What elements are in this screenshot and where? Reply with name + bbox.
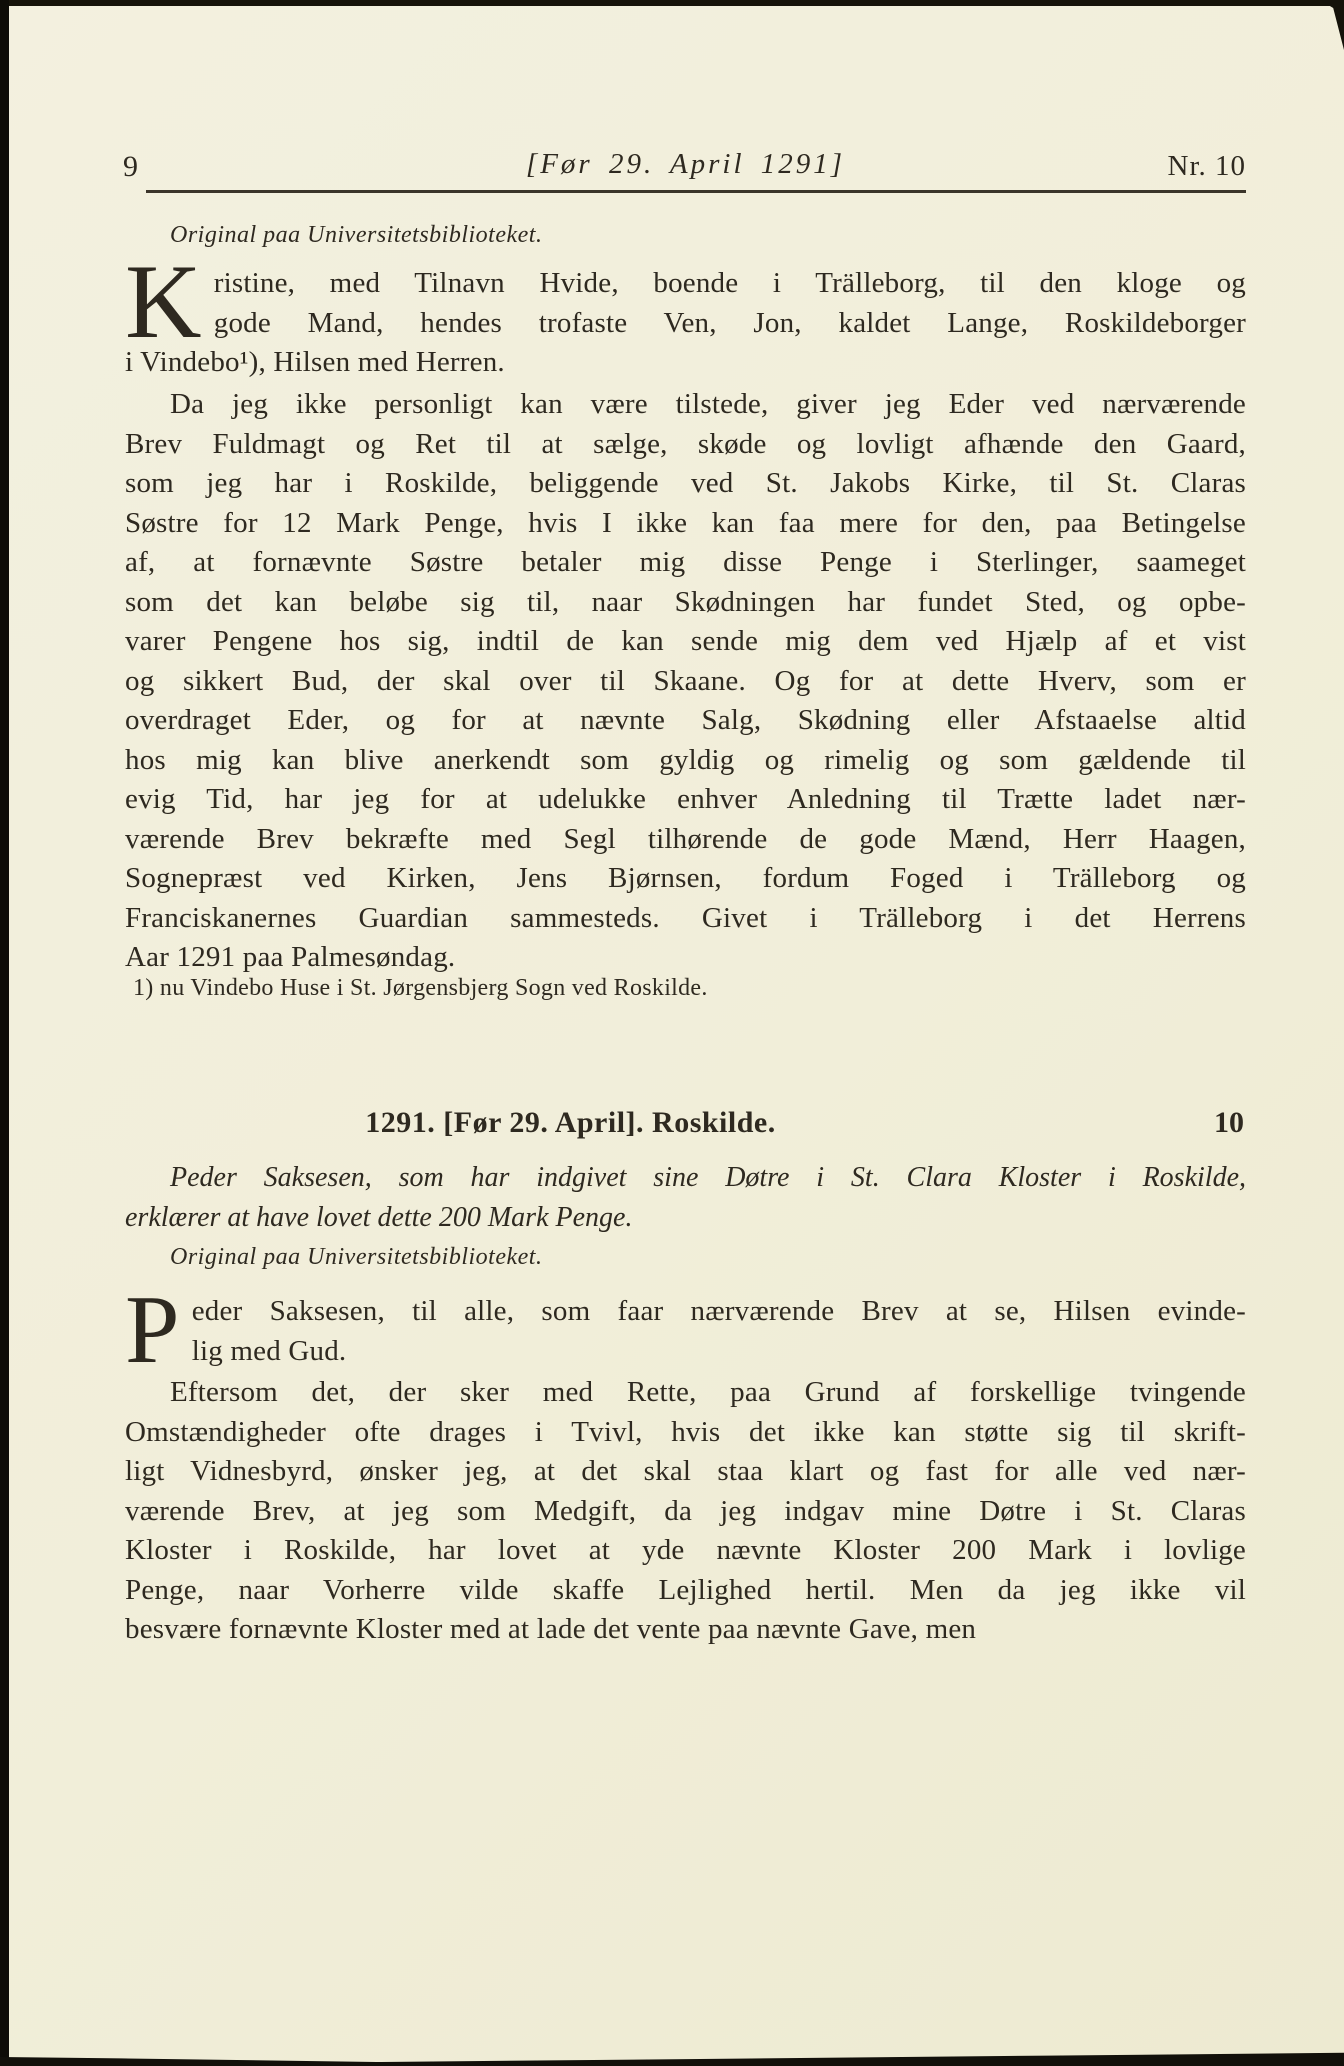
text-line: besvære fornævnte Kloster med at lade de… [125, 1610, 1246, 1650]
text-line: i Vindebo¹), Hilsen med Herren. [125, 343, 1246, 383]
text-line: Franciskanernes Guardian sammesteds. Giv… [125, 899, 1246, 939]
text-line: lig med Gud. [125, 1332, 1246, 1372]
entry2-heading-row: 1291. [Før 29. April]. Roskilde. 10 [125, 1106, 1246, 1140]
entry1-body-paragraph: Da jeg ikke personligt kan være tilstede… [125, 385, 1246, 978]
scan-edge-left [0, 0, 9, 2066]
scan-corner-top-right [1320, 0, 1344, 50]
text-line: som det kan beløbe sig til, naar Skødnin… [125, 583, 1246, 623]
drop-cap-p: P [125, 1294, 180, 1366]
text-line: og sikkert Bud, der skal over til Skaane… [125, 662, 1246, 702]
text-line: værende Brev bekræfte med Segl tilhørend… [125, 820, 1246, 860]
text-line: Omstændigheder ofte drages i Tvivl, hvis… [125, 1413, 1246, 1453]
text-line: hos mig kan blive anerkendt som gyldig o… [125, 741, 1246, 781]
header-issue-number: Nr. 10 [1168, 150, 1247, 183]
entry2-heading: 1291. [Før 29. April]. Roskilde. [125, 1106, 1246, 1140]
text-line: ligt Vidnesbyrd, ønsker jeg, at det skal… [125, 1452, 1246, 1492]
footnote: 1) nu Vindebo Huse i St. Jørgensbjerg So… [133, 975, 708, 1002]
scan-edge-top [0, 0, 1344, 6]
text-line: gode Mand, hendes trofaste Ven, Jon, kal… [125, 304, 1246, 344]
text-line: Eftersom det, der sker med Rette, paa Gr… [125, 1373, 1246, 1413]
text-line: Penge, naar Vorherre vilde skaffe Lejlig… [125, 1571, 1246, 1611]
text-line: værende Brev, at jeg som Medgift, da jeg… [125, 1492, 1246, 1532]
entry2-summary: Peder Saksesen, som har indgivet sine Dø… [125, 1158, 1246, 1238]
text-line: Peder Saksesen, som har indgivet sine Dø… [125, 1158, 1246, 1198]
entry2-heading-number: 10 [1214, 1106, 1244, 1140]
text-line: ristine, med Tilnavn Hvide, boende i Trä… [125, 264, 1246, 304]
text-line: overdraget Eder, og for at nævnte Salg, … [125, 701, 1246, 741]
book-page-scan: 9 [Før 29. April 1291] Nr. 10 Original p… [0, 0, 1344, 2066]
running-header: 9 [Før 29. April 1291] Nr. 10 [125, 148, 1246, 186]
header-rule [146, 190, 1246, 193]
text-line: af, at fornævnte Søstre betaler mig diss… [125, 543, 1246, 583]
text-line: evig Tid, har jeg for at udelukke enhver… [125, 780, 1246, 820]
text-line: eder Saksesen, til alle, som faar nærvær… [125, 1292, 1246, 1332]
text-line: Aar 1291 paa Palmesøndag. [125, 938, 1246, 978]
drop-cap-k: K [125, 266, 202, 338]
text-line: varer Pengene hos sig, indtil de kan sen… [125, 622, 1246, 662]
source-note: Original paa Universitetsbiblioteket. [170, 1244, 542, 1271]
header-date-heading: [Før 29. April 1291] [125, 148, 1246, 181]
text-line: som jeg har i Roskilde, beliggende ved S… [125, 464, 1246, 504]
entry1-opening-paragraph: K ristine, med Tilnavn Hvide, boende i T… [125, 264, 1246, 383]
text-line: Da jeg ikke personligt kan være tilstede… [125, 385, 1246, 425]
text-line: Søstre for 12 Mark Penge, hvis I ikke ka… [125, 504, 1246, 544]
source-note: Original paa Universitetsbiblioteket. [170, 222, 542, 249]
text-line: erklærer at have lovet dette 200 Mark Pe… [125, 1198, 1246, 1238]
text-line: Kloster i Roskilde, har lovet at yde næv… [125, 1531, 1246, 1571]
text-line: Brev Fuldmagt og Ret til at sælge, skøde… [125, 425, 1246, 465]
entry2-body-paragraph: Eftersom det, der sker med Rette, paa Gr… [125, 1373, 1246, 1650]
scan-edge-bottom [0, 2046, 1344, 2066]
text-line: Sognepræst ved Kirken, Jens Bjørnsen, fo… [125, 859, 1246, 899]
entry2-opening-paragraph: P eder Saksesen, til alle, som faar nærv… [125, 1292, 1246, 1371]
